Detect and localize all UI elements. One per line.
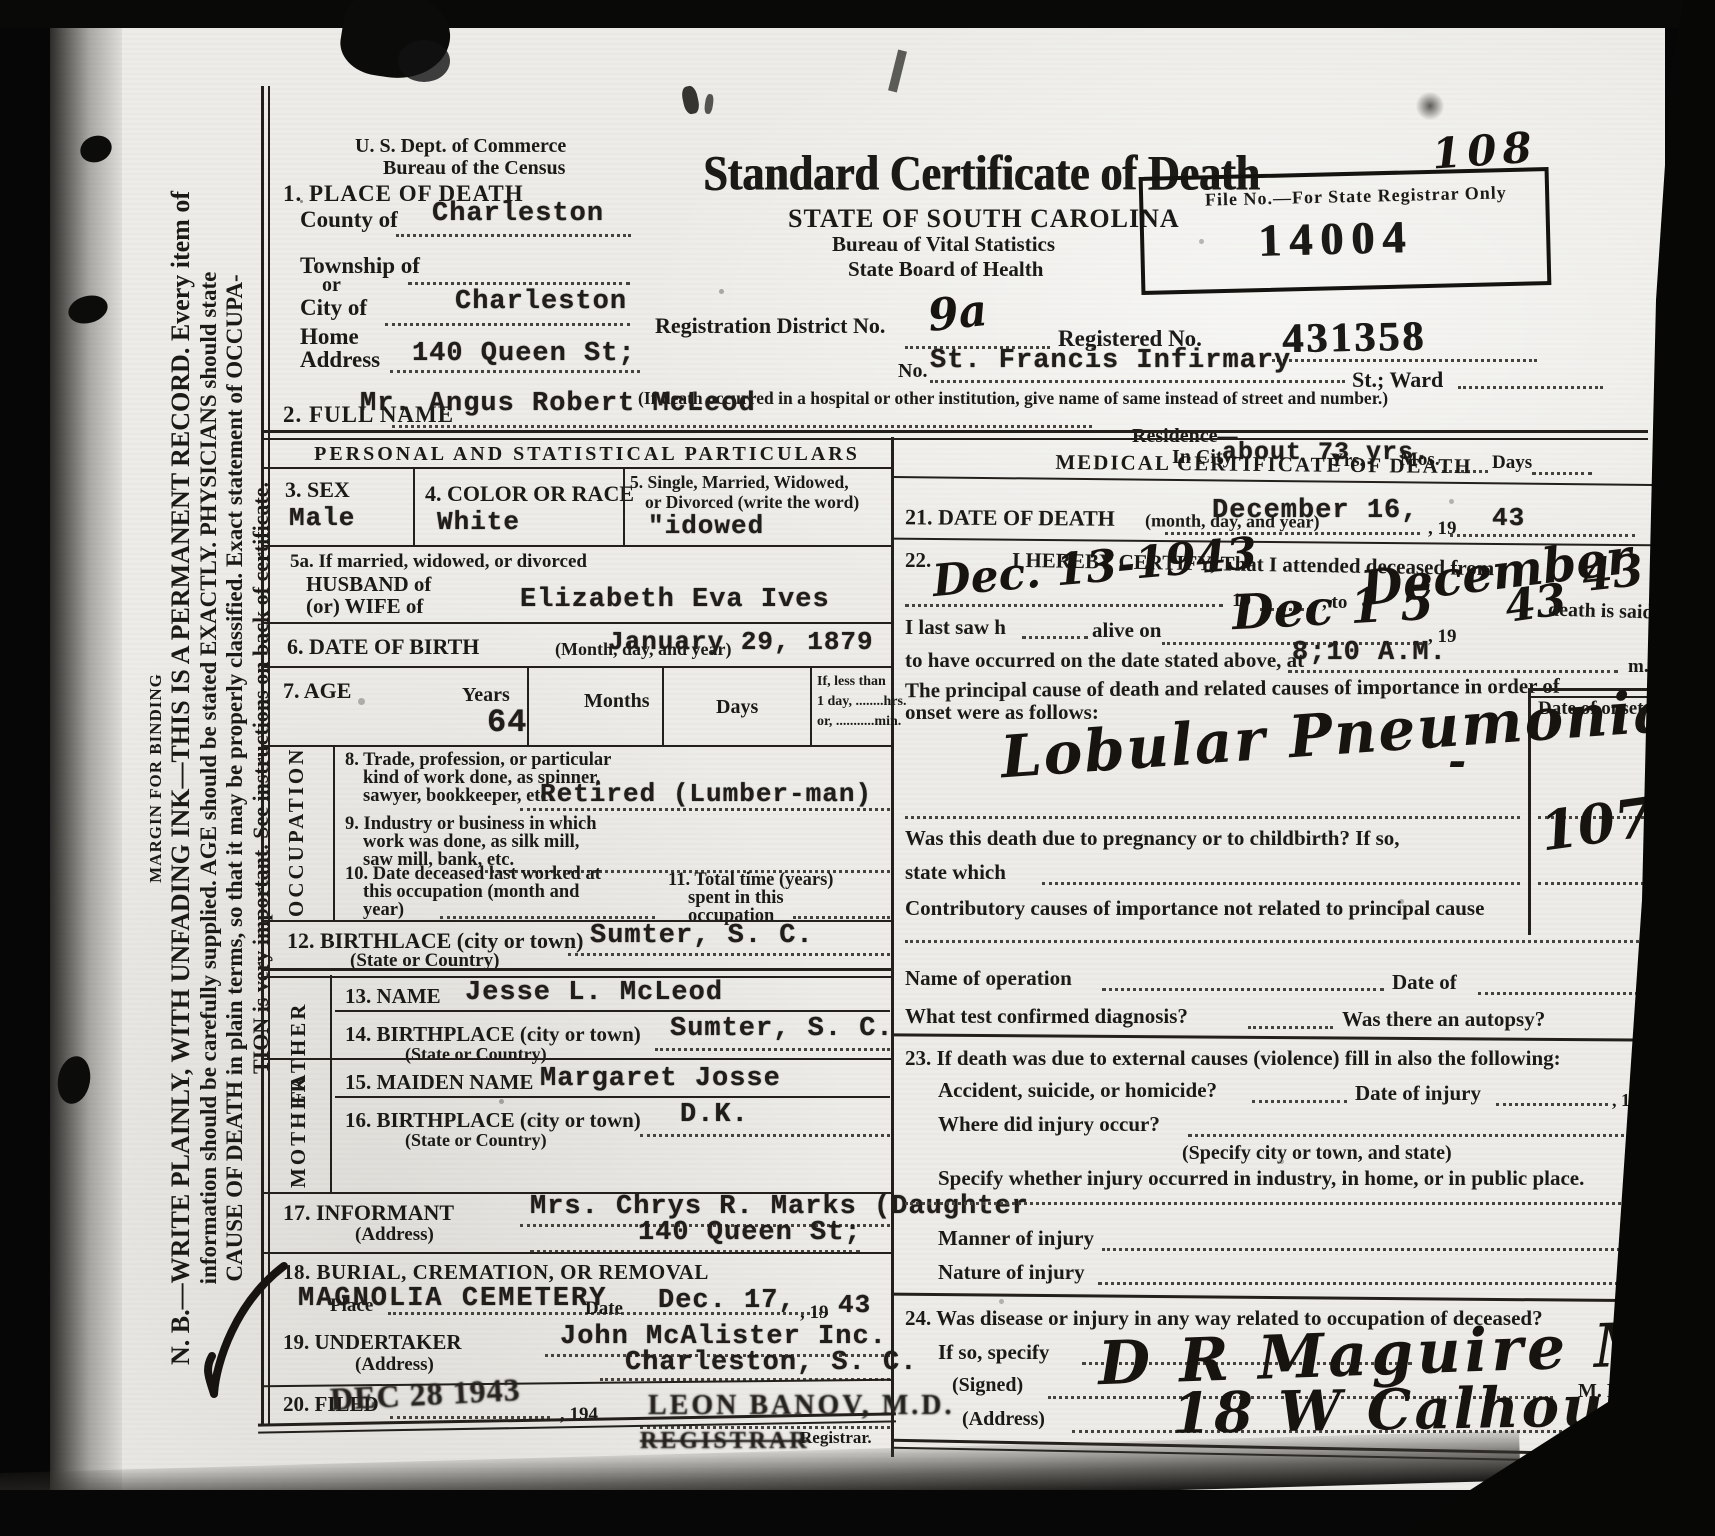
home-address-value: 140 Queen St; (412, 339, 636, 369)
top-scan-band (0, 0, 1715, 28)
address-label: Address (300, 347, 380, 373)
test-line (1248, 1024, 1333, 1029)
time-of-death-value: 8;10 A.M. (1292, 638, 1447, 668)
last-worked-line (440, 914, 655, 919)
race-marital-divider (623, 467, 625, 545)
district-number-handwritten: 9a (925, 285, 989, 342)
dod-value: December 16, (1212, 496, 1418, 526)
autopsy-label: Was there an autopsy? (1342, 1007, 1545, 1032)
less-than-3: or, ...........min. (817, 714, 901, 730)
top-ink-blotch-small (398, 40, 450, 82)
occupation-divider (333, 745, 335, 920)
trade-value: Retired (Lumber-man) (540, 779, 872, 809)
race-value: White (437, 507, 520, 537)
father-name-value: Jesse L. McLeod (465, 978, 723, 1008)
registered-no-value: 431358 (1282, 313, 1427, 364)
item8-line3: sawyer, bookkeeper, etc. (363, 786, 553, 807)
months-days-divider (662, 666, 664, 745)
form-left-rule-outer (261, 86, 264, 1426)
rule-under-informant (263, 1252, 893, 1254)
father-bp-value: Sumter, S. C. (670, 1014, 894, 1044)
age-years-value: 64 (487, 704, 527, 741)
state-name: STATE OF SOUTH CAROLINA (788, 204, 1180, 234)
mother-maiden-value: Margaret Josse (540, 1064, 781, 1094)
institution-value: St. Francis Infirmary (930, 346, 1291, 376)
last-saw-pre: I last saw h (905, 615, 1006, 640)
burial-year-pre: , 19 (800, 1302, 829, 1324)
days-less-divider (810, 666, 812, 745)
injury-date-label: Date of injury (1355, 1081, 1481, 1106)
mother-name-line (335, 1096, 890, 1098)
or-label: or (322, 274, 341, 297)
registered-line (1272, 357, 1537, 362)
bottom-scan-band (0, 1490, 1715, 1536)
vital-statistics: Bureau of Vital Statistics (832, 232, 1055, 257)
last-saw-h-line (1022, 634, 1088, 639)
no-label: No. (898, 360, 927, 383)
rule-under-5a (263, 622, 893, 624)
undertaker-address-value: Charleston, S. C. (625, 1348, 917, 1378)
occupation-side-label: OCCUPATION (284, 752, 309, 917)
undertaker-address-label: (Address) (355, 1354, 434, 1376)
last-seen-handwritten: Dec 1 5 (1231, 575, 1435, 641)
manner-label: Manner of injury (938, 1226, 1094, 1251)
mother-side-label: MOTHER (286, 1068, 311, 1188)
column-divider (891, 437, 894, 1457)
if-so-label: If so, specify (938, 1340, 1049, 1365)
death-said-label: death is said (1548, 599, 1654, 625)
less-than-1: If, less than (817, 674, 886, 690)
rule-under-birthplace (263, 968, 893, 978)
dod-year-value: 43 (1492, 503, 1525, 533)
informant-address-value: 140 Queen St; (638, 1218, 862, 1248)
file-number-value: 14004 (1257, 210, 1413, 267)
township-line (408, 280, 630, 285)
sex-value: Male (289, 503, 355, 533)
city-label: City of (300, 295, 367, 321)
last-saw-post: alive on (1092, 618, 1161, 643)
smudge-mark (1415, 92, 1445, 120)
operation-label: Name of operation (905, 966, 1072, 991)
burial-place-label: Place (330, 1295, 373, 1317)
birthplace-value: Sumter, S. C. (590, 921, 814, 951)
where-injury-line (1188, 1132, 1650, 1137)
mother-divider (330, 1058, 332, 1192)
injury-19-label: , 19 (1612, 1090, 1639, 1111)
pregnancy-question: Was this death due to pregnancy or to ch… (905, 826, 1400, 851)
spouse-value: Elizabeth Eva Ives (520, 585, 830, 615)
dept-of-commerce: U. S. Dept. of Commerce (355, 135, 566, 158)
mother-bp-line (640, 1132, 890, 1137)
rule-under-dob (263, 666, 893, 668)
address-line (390, 368, 640, 373)
attended-from-line (905, 602, 1223, 607)
physician-address-label: (Address) (962, 1408, 1045, 1431)
fullname-double-rule (263, 430, 1648, 440)
race-label: 4. COLOR OR RACE (425, 481, 634, 507)
where-injury-label: Where did injury occur? (938, 1112, 1160, 1137)
margin-line-1: MARGIN FOR BINDING (146, 98, 166, 1458)
marital-label-2: or Divorced (write the word) (645, 492, 859, 513)
father-bp-line (655, 1046, 890, 1051)
mother-bp-paren: (State or Country) (405, 1130, 547, 1151)
date-of-line (1478, 990, 1650, 995)
days-col-label: Days (716, 696, 758, 719)
occurred-text: to have occurred on the date stated abov… (905, 648, 1304, 673)
burial-year-value: 43 (838, 1290, 871, 1320)
signed-label: (Signed) (952, 1374, 1023, 1397)
manner-line (1102, 1246, 1650, 1251)
father-name-line (335, 1010, 890, 1012)
date-of-label: Date of (1392, 970, 1457, 995)
specify-place-line (905, 1200, 1650, 1205)
registrar-label: Registrar. (800, 1428, 872, 1448)
specify-city-label: (Specify city or town, and state) (1182, 1142, 1452, 1165)
father-bp-paren: (State or Country) (405, 1044, 547, 1065)
handwritten-checkmark (196, 1252, 326, 1402)
informant-address-label: (Address) (355, 1224, 434, 1246)
state-which-label: state which (905, 860, 1006, 885)
state-which-line (1042, 880, 1520, 885)
institution-line (930, 378, 1345, 383)
rule-under-sex-row (263, 545, 893, 547)
registration-district-label: Registration District No. (655, 313, 885, 339)
item23-text: 23. If death was due to external causes … (905, 1046, 1561, 1071)
father-name-label: 13. NAME (345, 984, 441, 1009)
attended-to-year-handwritten: 43 (1580, 545, 1646, 602)
operation-line (1102, 986, 1384, 991)
personal-section-header: PERSONAL AND STATISTICAL PARTICULARS (283, 443, 891, 466)
cause-dash-handwritten: - (1448, 736, 1466, 787)
cause-line-1 (905, 814, 1520, 819)
nature-line (1098, 1280, 1650, 1285)
county-value: Charleston (432, 199, 604, 229)
contributory-label: Contributory causes of importance not re… (905, 896, 1484, 921)
rule-under-age (263, 745, 893, 747)
m-label: m. (1628, 656, 1649, 678)
test-label: What test confirmed diagnosis? (905, 1004, 1188, 1029)
years-months-divider (527, 666, 529, 745)
marital-label-1: 5. Single, Married, Widowed, (630, 472, 849, 493)
sex-label: 3. SEX (285, 477, 350, 503)
item22-number: 22. (905, 548, 931, 573)
county-label: County of (300, 207, 398, 233)
burial-label: 18. BURIAL, CREMATION, OR REMOVAL (283, 1260, 709, 1285)
married-label-1: 5a. If married, widowed, or divorced (290, 551, 587, 573)
full-name-value: Mr. Angus Robert McLeod (360, 389, 756, 419)
state-board: State Board of Health (848, 257, 1043, 282)
dob-value: January 29, 1879 (608, 627, 874, 657)
item10-line3: year) (363, 900, 404, 921)
age-label: 7. AGE (283, 678, 351, 704)
accident-label: Accident, suicide, or homicide? (938, 1078, 1217, 1103)
township-label: Township of (300, 253, 420, 279)
informant-label: 17. INFORMANT (283, 1200, 454, 1226)
burial-date-label: Date (585, 1298, 623, 1320)
birthplace-line (568, 951, 890, 956)
married-label-3: (or) WIFE of (306, 594, 423, 619)
bureau-of-census: Bureau of the Census (383, 157, 565, 180)
burial-date-value: Dec. 17, (658, 1286, 796, 1316)
mother-bp-value: D.K. (680, 1100, 749, 1130)
full-name-line (392, 423, 1092, 428)
sex-race-divider (413, 467, 415, 545)
mother-maiden-label: 15. MAIDEN NAME (345, 1070, 533, 1095)
months-label: Months (584, 690, 650, 713)
ward-line (1458, 384, 1603, 389)
personal-header-rule (263, 467, 893, 469)
specify-place-label: Specify whether injury occurred in indus… (938, 1166, 1584, 1191)
dod-label: 21. DATE OF DEATH (905, 504, 1115, 531)
injury-date-line (1496, 1101, 1608, 1106)
accident-line (1252, 1098, 1347, 1103)
nature-label: Nature of injury (938, 1260, 1085, 1285)
form-left-rule-inner (268, 86, 270, 1426)
trade-line (520, 806, 890, 811)
onset-line-2 (1538, 880, 1650, 885)
left-edge-shadow (50, 25, 122, 1495)
city-line (385, 321, 630, 326)
less-than-2: 1 day, ........hrs. (817, 694, 906, 710)
margin-line-2: N. B.—WRITE PLAINLY, WITH UNFADING INK—T… (166, 98, 196, 1458)
rule-under-father (263, 1058, 893, 1060)
dob-label: 6. DATE OF BIRTH (287, 634, 479, 660)
county-line (396, 232, 631, 237)
total-time-line (793, 914, 890, 919)
contributory-line (905, 938, 1650, 943)
scanned-death-certificate: MARGIN FOR BINDING N. B.—WRITE PLAINLY, … (0, 0, 1715, 1536)
city-value: Charleston (455, 287, 627, 317)
time-line (1288, 668, 1618, 673)
marital-value: "idowed (648, 511, 764, 541)
